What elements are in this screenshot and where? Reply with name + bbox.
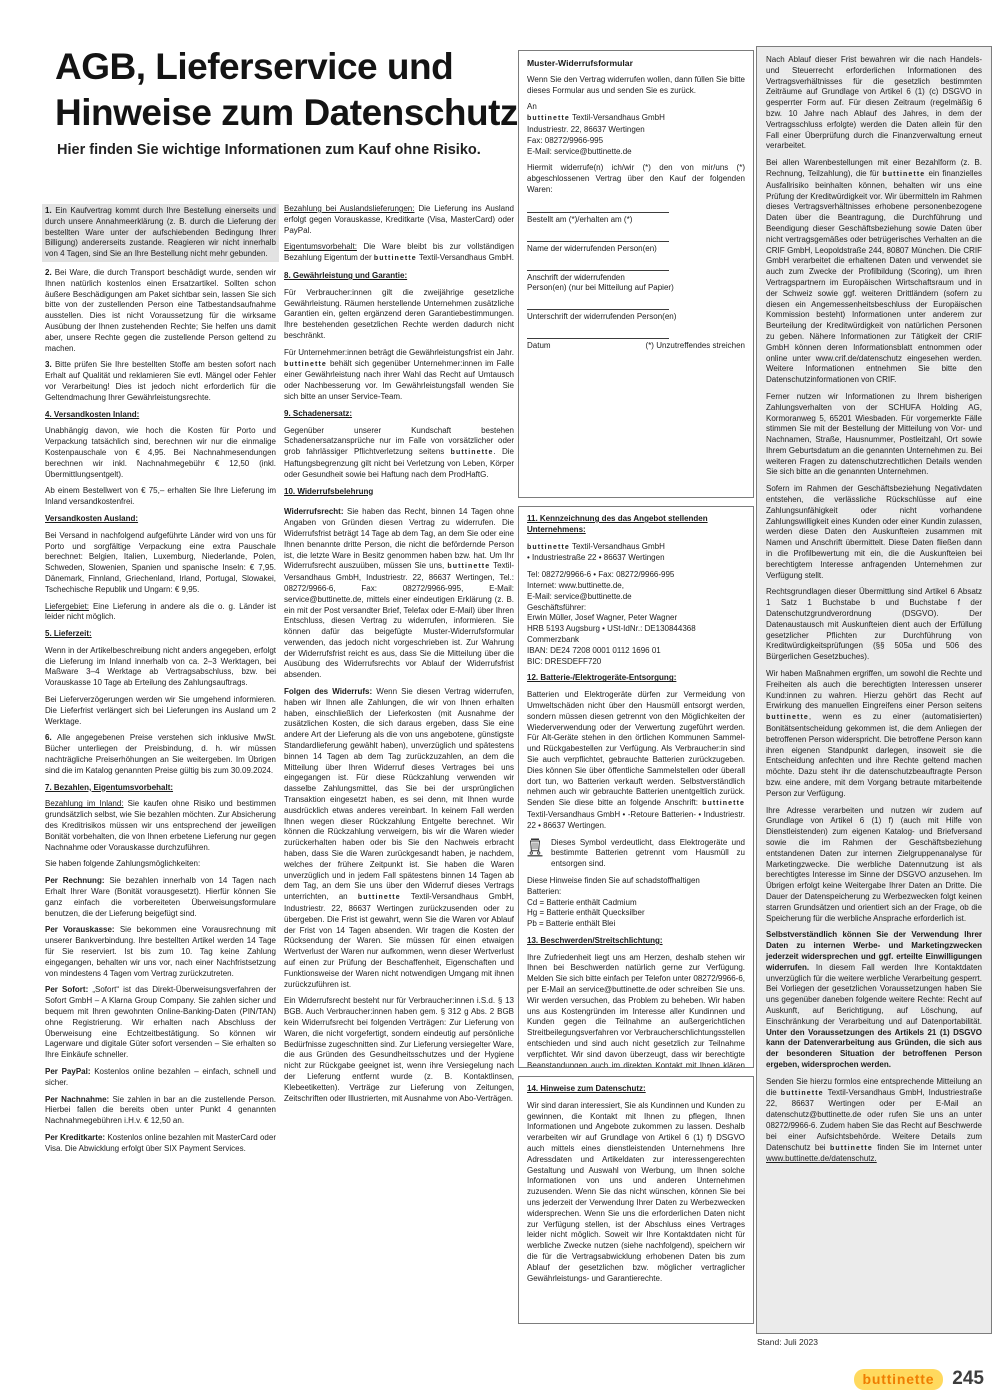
text-lines: Tel: 08272/9966-6 • Fax: 08272/9966-995I… [527,570,745,667]
paragraph: Per Kreditkarte: Kostenlos online bezahl… [45,1133,276,1155]
signature-line [527,241,669,242]
form-field: Bestellt am (*)/erhalten am (*) [527,212,745,225]
brand-name: buttinette [527,115,570,122]
brand-name: buttinette [527,544,570,551]
form-field-caption: Anschrift der widerrufendenPerson(en) (n… [527,273,745,293]
form-field: Name der widerrufenden Person(en) [527,241,745,254]
paragraph: Per PayPal: Kostenlos online bezahlen – … [45,1067,276,1089]
paragraph: Dieses Symbol verdeutlicht, dass Elektro… [551,838,745,870]
paragraph: Sie haben folgende Zahlungsmöglichkeiten… [45,859,276,870]
paragraph: Bei Versand in nachfolgend aufgeführte L… [45,531,276,596]
paragraph: Liefergebiet: Eine Lieferung in andere a… [45,602,276,624]
paragraph: Ihre Adresse verarbeiten und nutzen wir … [766,806,982,925]
paragraph: 3. Bitte prüfen Sie Ihre bestellten Stof… [45,360,276,403]
weee-bin-icon [527,838,545,861]
paragraph: Per Sofort: „Sofort“ ist das Direkt-Über… [45,985,276,1061]
section-heading: 9. Schadenersatz: [284,409,514,420]
company-info-box: 11. Kennzeichnung des das Angebot stelle… [518,506,754,1068]
terms-column-2: Bezahlung bei Auslandslieferungen: Die L… [284,204,514,1110]
brand-name: buttinette [882,171,925,178]
paragraph: Ab einem Bestellwert von € 75,– erhalten… [45,486,276,508]
paragraph: Für Unternehmer:innen beträgt die Gewähr… [284,348,514,403]
paragraph: Wenn Sie den Vertrag widerrufen wollen, … [527,75,745,97]
form-field-caption: Name der widerrufenden Person(en) [527,244,745,254]
signature-line [527,270,669,271]
paragraph: Ein Widerrufsrecht besteht nur für Verbr… [284,996,514,1104]
paragraph: Senden Sie hierzu formlos eine entsprech… [766,1077,982,1165]
paragraph: Rechtsgrundlagen dieser Übermittlung sin… [766,587,982,663]
signature-line [527,338,669,339]
brand-name: buttinette [781,1090,824,1097]
paragraph: Eigentumsvorbehalt: Die Ware bleibt bis … [284,242,514,265]
brand-name: buttinette [830,1145,873,1152]
withdrawal-form-box: Muster-WiderrufsformularWenn Sie den Ver… [518,50,754,498]
paragraph: Bei Lieferverzögerungen werden wir Sie u… [45,695,276,727]
terms-column-1: 1. Ein Kaufvertrag kommt durch Ihre Best… [45,204,276,1161]
paragraph: Bezahlung im Inland: Sie kaufen ohne Ris… [45,799,276,853]
section-heading: 12. Batterie-/Elektrogeräte-Entsorgung: [527,673,745,684]
section-heading: 5. Lieferzeit: [45,629,276,640]
section-heading: Muster-Widerrufsformular [527,58,745,69]
paragraph: Batterien und Elektrogeräte dürfen zur V… [527,690,745,831]
section-heading: Versandkosten Ausland: [45,514,276,525]
section-heading: 11. Kennzeichnung des das Angebot stelle… [527,514,745,536]
section-heading: 4. Versandkosten Inland: [45,410,276,421]
form-field: Unterschrift der widerrufenden Person(en… [527,309,745,322]
paragraph: Unabhängig davon, wie hoch die Kosten fü… [45,426,276,480]
brand-name: buttinette [766,714,809,721]
brand-name: buttinette [374,255,417,262]
page-number: 245 [952,1368,984,1390]
privacy-intro-box: 14. Hinweise zum Datenschutz:Wir sind da… [518,1076,754,1324]
text-lines: Diese Hinweise finden Sie auf schadstoff… [527,876,745,930]
brand-name: buttinette [451,449,494,456]
brand-name: buttinette [284,361,327,368]
paragraph: Wir sind daran interessiert, Sie als Kun… [527,1101,745,1285]
terms-column-3: Muster-WiderrufsformularWenn Sie den Ver… [518,50,754,1332]
signature-line [527,212,669,213]
paragraph: Folgen des Widerrufs: Wenn Sie diesen Ve… [284,687,514,990]
paragraph: Per Rechnung: Sie bezahlen innerhalb von… [45,876,276,919]
privacy-details-box: Nach Ablauf dieser Frist bewahren wir di… [756,46,992,1334]
paragraph: 6. Alle angegebenen Preise verstehen sic… [45,733,276,776]
text-lines: buttinette Textil-Versandhaus GmbH• Indu… [527,542,745,565]
paragraph: Ihre Zufriedenheit liegt uns am Herzen, … [527,953,745,1068]
paragraph: Per Vorauskasse: Sie bekommen eine Vorau… [45,925,276,979]
section-heading: 8. Gewährleistung und Garantie: [284,271,514,282]
paragraph: Widerrufsrecht: Sie haben das Recht, bin… [284,507,514,681]
page-title: AGB, Lieferservice und Hinweise zum Date… [55,44,518,136]
paragraph: Sofern im Rahmen der Geschäftsbeziehung … [766,484,982,581]
signature-line [527,309,669,310]
text-lines: Anbuttinette Textil-Versandhaus GmbHIndu… [527,102,745,157]
paragraph: Wenn in der Artikelbeschreibung nicht an… [45,646,276,689]
paragraph: Nach Ablauf dieser Frist bewahren wir di… [766,55,982,152]
form-field: Datum(*) Unzutreffendes streichen [527,338,745,352]
paragraph: Bezahlung bei Auslandslieferungen: Die L… [284,204,514,236]
paragraph: Selbstverständlich können Sie der Verwen… [766,930,982,1070]
paragraph: 2. Bei Ware, die durch Transport beschäd… [45,268,276,354]
section-heading: 7. Bezahlen, Eigentumsvorbehalt: [45,783,276,794]
footer: buttinette 245 [854,1368,984,1390]
page-title-line2: Hinweise zum Datenschutz [55,90,518,136]
paragraph: Wir haben Maßnahmen ergriffen, um sowohl… [766,669,982,800]
paragraph: Ferner nutzen wir Informationen zu Ihrem… [766,392,982,478]
brand-name: buttinette [702,800,745,807]
section-heading: 14. Hinweise zum Datenschutz: [527,1084,745,1095]
form-field-caption: Datum(*) Unzutreffendes streichen [527,341,745,352]
form-field: Anschrift der widerrufendenPerson(en) (n… [527,270,745,293]
section-heading: 10. Widerrufsbelehrung [284,487,514,498]
paragraph: Hiermit widerrufe(n) ich/wir (*) den von… [527,163,745,195]
page-title-line1: AGB, Lieferservice und [55,44,518,90]
revision-date: Stand: Juli 2023 [757,1337,818,1347]
weee-disposal-note: Dieses Symbol verdeutlicht, dass Elektro… [527,838,745,870]
paragraph: Bei allen Warenbestellungen mit einer Be… [766,158,982,386]
paragraph: 1. Ein Kaufvertrag kommt durch Ihre Best… [42,204,279,262]
section-heading: 13. Beschwerden/Streitschlichtung: [527,936,745,947]
brand-name: buttinette [358,894,401,901]
page-subtitle: Hier finden Sie wichtige Informationen z… [57,142,481,158]
paragraph: Gegenüber unserer Kundschaft bestehen Sc… [284,426,514,481]
paragraph: Per Nachnahme: Sie zahlen in bar an die … [45,1095,276,1127]
form-field-caption: Bestellt am (*)/erhalten am (*) [527,215,745,225]
paragraph: Für Verbraucher:innen gilt die zweijähri… [284,288,514,342]
form-field-caption: Unterschrift der widerrufenden Person(en… [527,312,745,322]
buttinette-logo: buttinette [854,1369,944,1390]
brand-name: buttinette [447,563,490,570]
agb-catalog-page: AGB, Lieferservice und Hinweise zum Date… [0,0,1000,1400]
